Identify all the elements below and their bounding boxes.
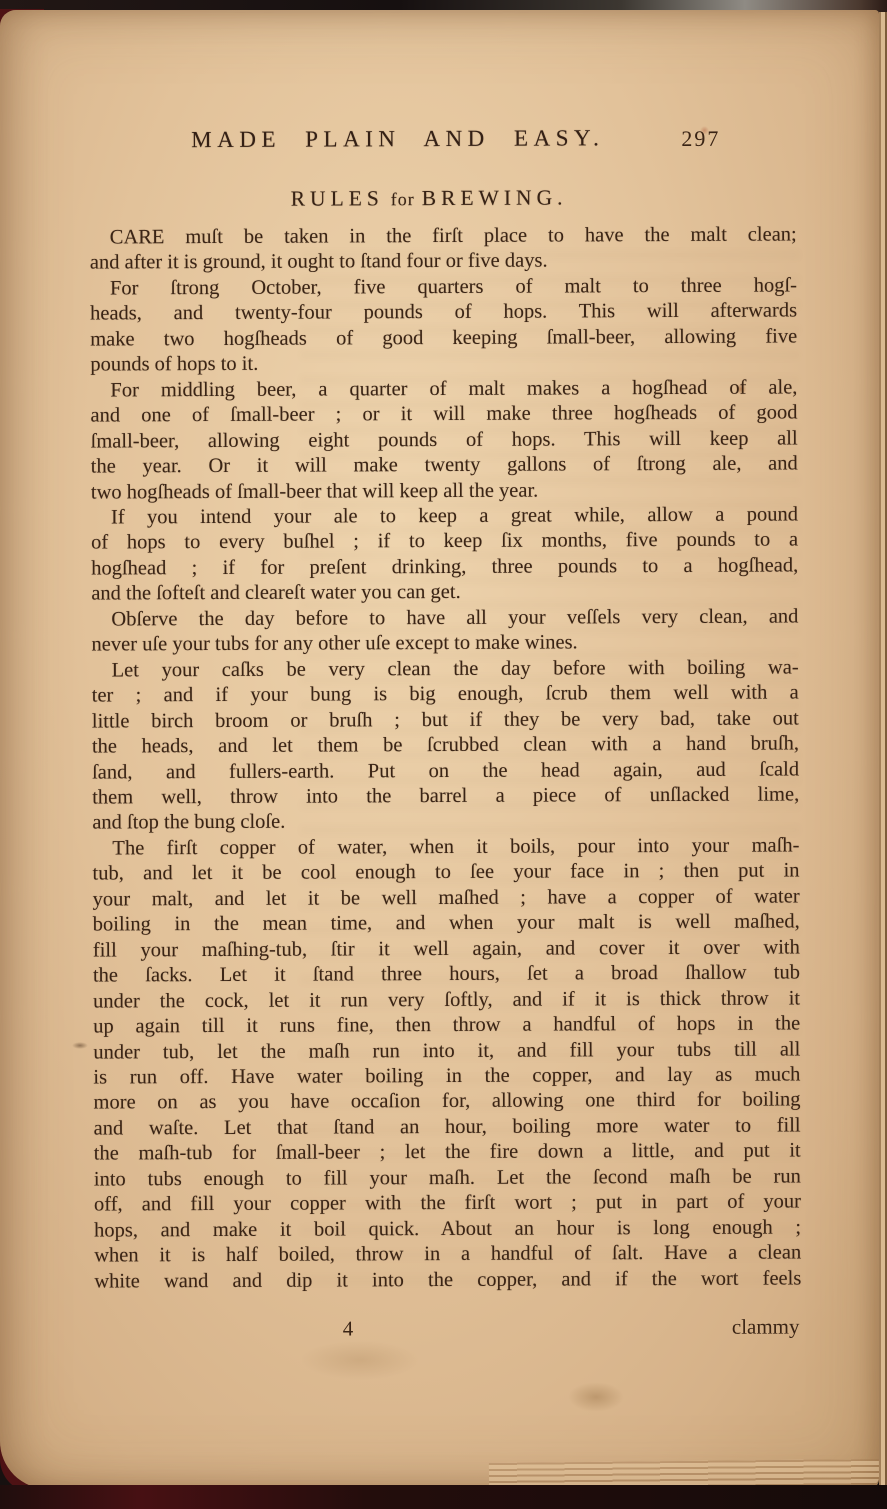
text-line: boiling in the mean time, and when your … <box>93 910 800 939</box>
text-line: the ſacks. Let it ſtand three hours, ſet… <box>93 961 800 990</box>
text-line: Obſerve the day before to have all your … <box>91 604 798 633</box>
text-line: when it is half boiled, throw in a handf… <box>94 1241 801 1270</box>
paragraph: CARE muſt be taken in the firſt place to… <box>90 222 797 276</box>
section-title-word: BREWING. <box>422 185 568 210</box>
text-line: ſand, and fullers-earth. Put on the head… <box>92 757 799 786</box>
page-footer: 4 clammy <box>94 1314 801 1347</box>
text-line: CARE muſt be taken in the firſt place to… <box>90 222 797 251</box>
page-header: MADE PLAIN AND EASY. 297 <box>89 124 796 159</box>
text-line: under tub, let the maſh run into it, and… <box>93 1037 800 1066</box>
text-line: two hogſheads of ſmall-beer that will ke… <box>91 477 798 506</box>
text-line: The firſt copper of water, when it boils… <box>92 833 799 862</box>
text-line: them well, throw into the barrel a piece… <box>92 782 799 811</box>
paragraph: For ſtrong October, five quarters of mal… <box>90 273 797 378</box>
text-line: hogſhead ; if for preſent drinking, thre… <box>91 553 798 582</box>
text-line: up again till it runs fine, then throw a… <box>93 1011 800 1040</box>
body-text: CARE muſt be taken in the firſt place to… <box>90 222 802 1294</box>
text-line: more on as you have occaſion for, allowi… <box>93 1088 800 1117</box>
text-line: little birch broom or bruſh ; but if the… <box>92 706 799 735</box>
section-title-for: for <box>391 189 415 209</box>
text-line: fill your maſhing-tub, ſtir it well agai… <box>93 935 800 964</box>
paragraph: The firſt copper of water, when it boils… <box>92 833 801 1294</box>
text-line: heads, and twenty-four pounds of hops. T… <box>90 299 797 328</box>
text-line: never uſe your tubs for any other uſe ex… <box>91 630 798 659</box>
printed-text-layer: MADE PLAIN AND EASY. 297 RULESforBREWING… <box>0 0 887 1509</box>
paragraph: Let your caſks be very clean the day bef… <box>92 655 800 836</box>
signature-mark: 4 <box>0 1315 702 1343</box>
text-line: into tubs enough to fill your maſh. Let … <box>94 1164 801 1193</box>
page-number: 297 <box>681 126 720 152</box>
text-line: is run off. Have water boiling in the co… <box>93 1062 800 1091</box>
text-line: make two hogſheads of good keeping ſmall… <box>90 324 797 353</box>
section-title: RULESforBREWING. <box>76 185 783 213</box>
text-line: the maſh-tub for ſmall-beer ; let the fi… <box>94 1139 801 1168</box>
catchword: clammy <box>732 1314 800 1339</box>
text-line: and one of ſmall-beer ; or it will make … <box>90 401 797 430</box>
text-line: of hops to every buſhel ; if to keep ſix… <box>91 528 798 557</box>
text-line: and the ſofteſt and cleareſt water you c… <box>91 579 798 608</box>
text-line: your malt, and let it be well maſhed ; h… <box>93 884 800 913</box>
text-line: and ſtop the bung cloſe. <box>92 808 799 837</box>
text-line: off, and fill your copper with the firſt… <box>94 1190 801 1219</box>
section-title-word: RULES <box>291 186 384 210</box>
book-photo: MADE PLAIN AND EASY. 297 RULESforBREWING… <box>0 0 887 1509</box>
paragraph: For middling beer, a quarter of malt mak… <box>90 375 798 505</box>
text-line: For ſtrong October, five quarters of mal… <box>90 273 797 302</box>
text-line: tub, and let it be cool enough to ſee yo… <box>92 859 799 888</box>
running-title: MADE PLAIN AND EASY. <box>44 125 751 154</box>
text-line: white wand and dip it into the copper, a… <box>94 1266 801 1295</box>
text-line: ſmall-beer, allowing eight pounds of hop… <box>91 426 798 455</box>
text-line: under the cock, let it run very ſoftly, … <box>93 986 800 1015</box>
text-line: For middling beer, a quarter of malt mak… <box>90 375 797 404</box>
text-line: pounds of hops to it. <box>90 350 797 379</box>
text-line: Let your caſks be very clean the day bef… <box>92 655 799 684</box>
text-line: ter ; and if your bung is big enough, ſc… <box>92 681 799 710</box>
text-line: If you intend your ale to keep a great w… <box>91 502 798 531</box>
paragraph: If you intend your ale to keep a great w… <box>91 502 798 607</box>
text-line: the year. Or it will make twenty gallons… <box>91 452 798 481</box>
text-line: and waſte. Let that ſtand an hour, boili… <box>94 1113 801 1142</box>
text-line: the heads, and let them be ſcrubbed clea… <box>92 732 799 761</box>
text-line: hops, and make it boil quick. About an h… <box>94 1215 801 1244</box>
text-line: and after it is ground, it ought to ſtan… <box>90 248 797 277</box>
paragraph: Obſerve the day before to have all your … <box>91 604 798 658</box>
